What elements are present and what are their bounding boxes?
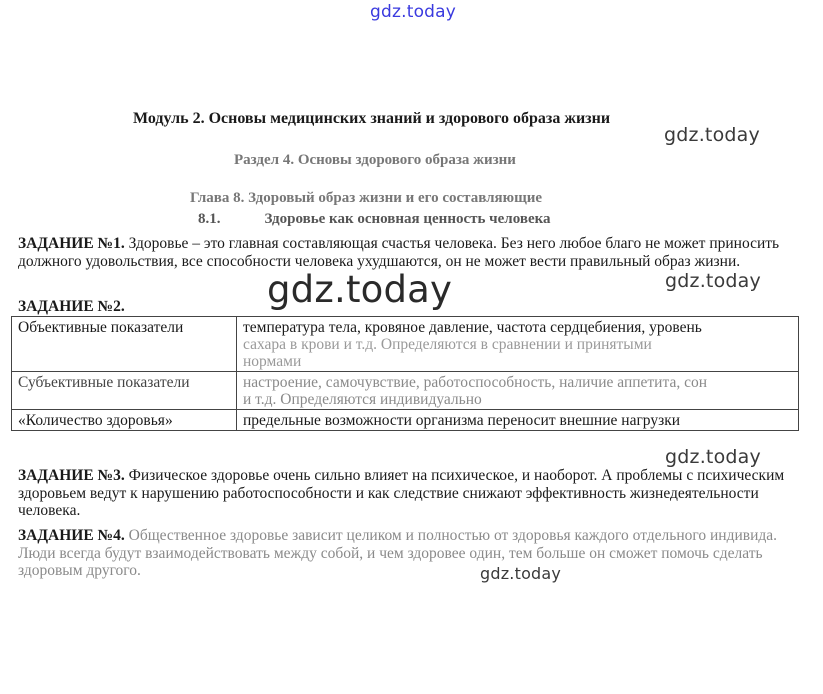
- task-1-label: ЗАДАНИЕ №1.: [18, 235, 125, 252]
- task-4-label: ЗАДАНИЕ №4.: [18, 527, 125, 544]
- task-4: ЗАДАНИЕ №4. Общественное здоровье зависи…: [18, 527, 808, 580]
- watermark-right-1: gdz.today: [664, 124, 760, 146]
- task-2: ЗАДАНИЕ №2.: [18, 298, 808, 316]
- health-indicators-table: Объективные показатели температура тела,…: [11, 316, 799, 431]
- watermark-top: gdz.today: [370, 2, 456, 22]
- task-3: ЗАДАНИЕ №3. Физическое здоровье очень си…: [18, 467, 808, 520]
- paragraph-number: 8.1.: [198, 211, 221, 227]
- watermark-right-2: gdz.today: [665, 270, 761, 292]
- table-cell-term: «Количество здоровья»: [12, 410, 237, 431]
- paragraph-title: Здоровье как основная ценность человека: [265, 211, 551, 227]
- task-3-text: Физическое здоровье очень сильно влияет …: [18, 467, 784, 519]
- section-heading: Раздел 4. Основы здорового образа жизни: [234, 152, 516, 169]
- definition-line: сахара в крови и т.д. Определяются в сра…: [243, 336, 652, 353]
- module-heading: Модуль 2. Основы медицинских знаний и зд…: [133, 110, 610, 128]
- watermark-right-3: gdz.today: [665, 446, 761, 468]
- definition-line: нормами: [243, 353, 301, 370]
- table-row: Объективные показатели температура тела,…: [12, 317, 799, 372]
- chapter-heading: Глава 8. Здоровый образ жизни и его сост…: [190, 190, 542, 207]
- term-text: Субъективные показатели: [18, 374, 190, 391]
- definition-line: и т.д. Определяются индивидуально: [243, 391, 482, 408]
- paragraph-heading: 8.1.Здоровье как основная ценность челов…: [198, 211, 551, 228]
- table-cell-term: Объективные показатели: [12, 317, 237, 372]
- table-cell-definition: предельные возможности организма перенос…: [237, 410, 799, 431]
- definition-line: температура тела, кровяное давление, час…: [243, 319, 702, 336]
- table-cell-term: Субъективные показатели: [12, 372, 237, 410]
- table-row: Субъективные показатели настроение, само…: [12, 372, 799, 410]
- task-1-text: Здоровье – это главная составляющая счас…: [18, 235, 779, 270]
- watermark-bottom: gdz.today: [480, 564, 561, 583]
- table-row: «Количество здоровья» предельные возможн…: [12, 410, 799, 431]
- task-4-text: Общественное здоровье зависит целиком и …: [18, 527, 777, 579]
- table-cell-definition: настроение, самочувствие, работоспособно…: [237, 372, 799, 410]
- task-2-label: ЗАДАНИЕ №2.: [18, 298, 125, 315]
- definition-line: настроение, самочувствие, работоспособно…: [243, 374, 707, 391]
- task-1: ЗАДАНИЕ №1. Здоровье – это главная соста…: [18, 235, 808, 270]
- table-cell-definition: температура тела, кровяное давление, час…: [237, 317, 799, 372]
- task-3-label: ЗАДАНИЕ №3.: [18, 467, 125, 484]
